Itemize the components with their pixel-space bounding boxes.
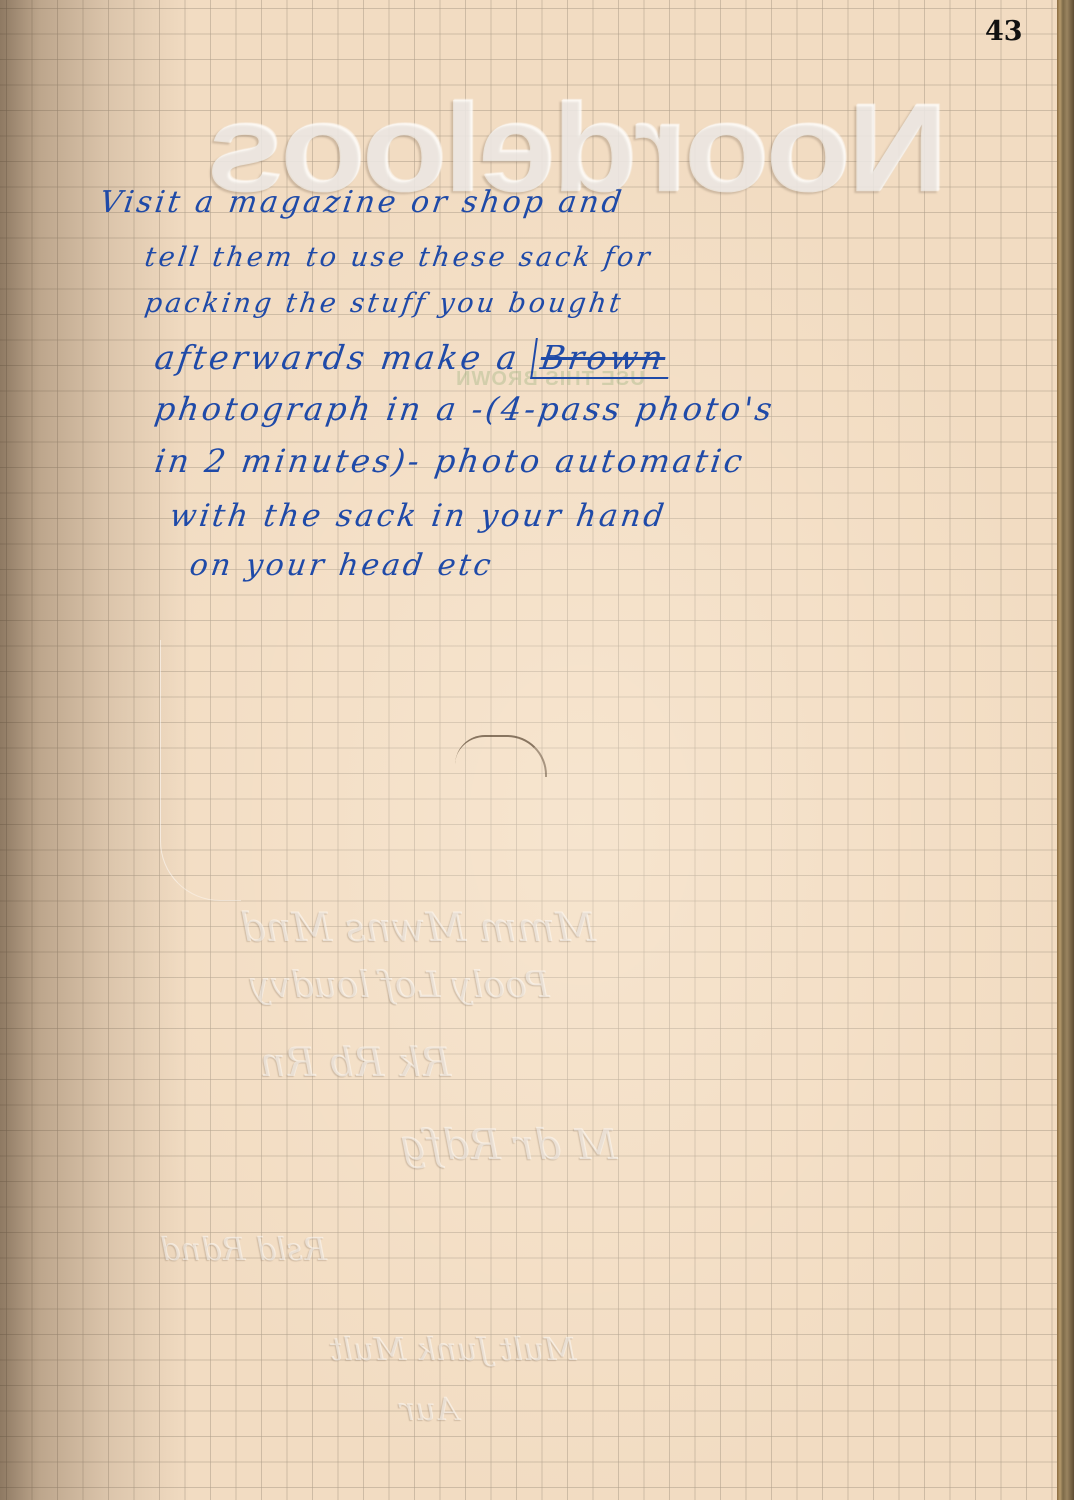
embossed-impression-7: Aur [400, 1390, 459, 1428]
note-line-2: tell them to use these sack for [143, 242, 655, 273]
embossed-impression-3: Rk Rb Rn [260, 1040, 451, 1086]
note-line-3: packing the stuff you bought [143, 288, 626, 319]
paper-crease [160, 640, 241, 901]
note-line-4-text: afterwards make a [152, 338, 522, 377]
note-line-5: photograph in a -(4-pass photo's [152, 390, 777, 428]
note-line-7: with the sack in your hand [167, 498, 669, 534]
embossed-impression-1: Mmm Mwns Mnd [240, 905, 596, 951]
notebook-page: 43 Noordeloos USE THIS BROWN Visit a mag… [0, 0, 1057, 1500]
paper-tear [455, 735, 547, 777]
note-line-8: on your head etc [188, 548, 496, 583]
embossed-impression-5: Rsld Rdnd [160, 1230, 327, 1268]
embossed-impression-6: Mult Junk Mult [330, 1330, 577, 1368]
note-line-1: Visit a magazine or shop and [98, 185, 627, 220]
crossed-out-word: Brown [530, 338, 674, 379]
note-line-4: afterwards make a Brown [152, 338, 674, 379]
page-number: 43 [985, 16, 1023, 47]
note-line-6: in 2 minutes)- photo automatic [152, 442, 747, 480]
embossed-impression-2: Pooly Lof loudvy [250, 965, 550, 1006]
page-stack-edge [1057, 0, 1074, 1500]
embossed-impression-4: M dr Rdfg [400, 1120, 618, 1169]
